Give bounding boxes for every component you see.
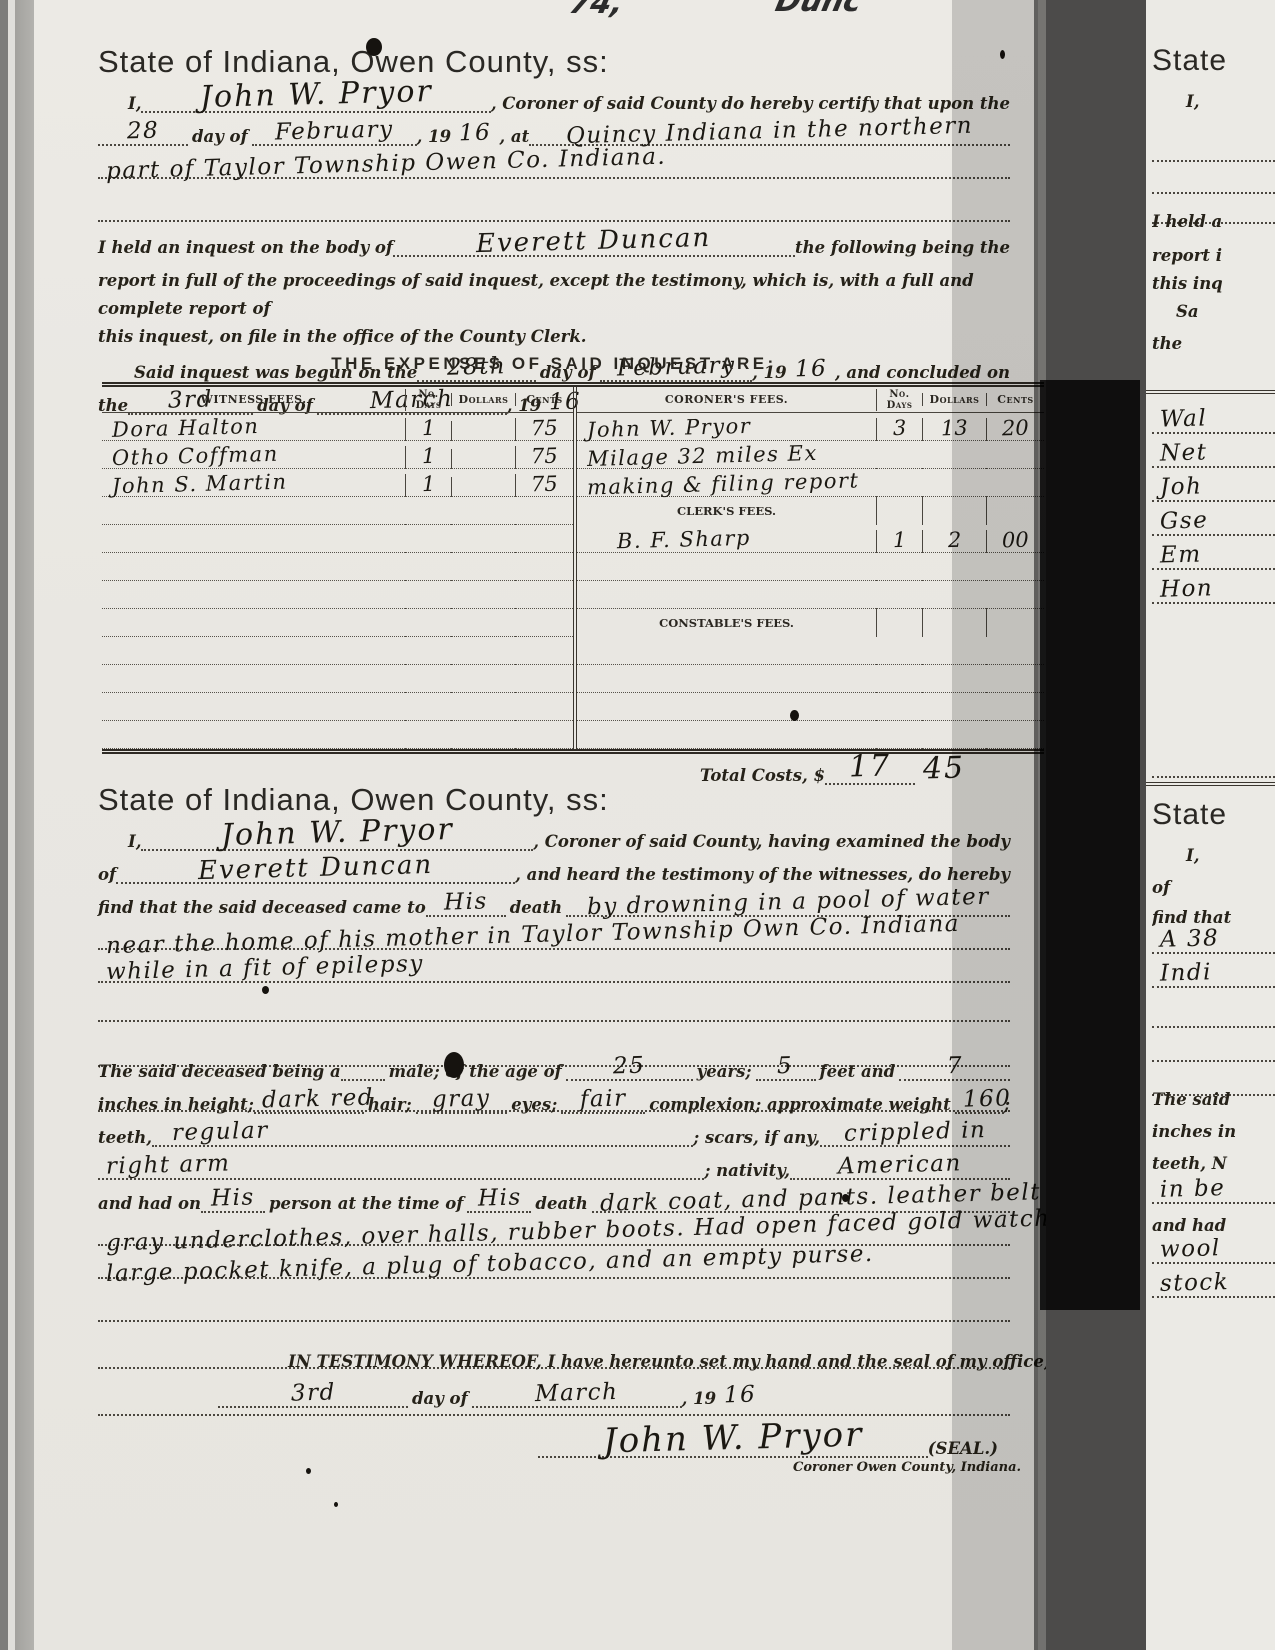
adjacent-name: Wal [1152, 408, 1216, 433]
witness-header-row: WITNESS FEES. No. Days Dollars Cents [102, 387, 573, 413]
table-row [577, 553, 1044, 581]
ink-blot [444, 1052, 464, 1078]
ink-blot [842, 1194, 849, 1202]
scanner-edge-light [8, 0, 15, 1650]
complexion-label: complexion; approximate weight [645, 1095, 954, 1114]
table-row [102, 721, 573, 749]
coroner-signature: John W. Pryor [594, 1417, 871, 1459]
table-row: making & filing report [577, 469, 1044, 497]
adjacent-i-2: I, [1152, 846, 1275, 865]
year-entry: 16 [451, 121, 500, 146]
ink-blot [262, 986, 269, 994]
adjacent-find: find that [1152, 908, 1275, 927]
scars-entry-1: crippled in [836, 1119, 995, 1147]
coroner-header-row: CORONER'S FEES. No. Days Dollars Cents [577, 387, 1044, 413]
adjacent-i: I, [1152, 92, 1275, 111]
of-label: of [98, 865, 116, 884]
adjacent-the: the [1152, 334, 1275, 353]
scanner-edge-dark [0, 0, 8, 1650]
witness-fees-table: WITNESS FEES. No. Days Dollars Cents Dor… [102, 387, 573, 749]
testimony-day-of-label: day of [408, 1389, 472, 1408]
adjacent-heading-2: State [1152, 798, 1275, 832]
adjacent-report: report i [1152, 246, 1275, 265]
adjacent-of: of [1152, 878, 1275, 897]
find-label: find that the said deceased came to [98, 898, 426, 917]
coroner-name-entry: John W. Pryor [191, 77, 441, 115]
witness-name: Otho Coffman [102, 444, 283, 471]
adjacent-rule-2 [1146, 782, 1275, 786]
adjacent-name: Em [1152, 544, 1210, 569]
scanner-edge-mid [15, 0, 34, 1650]
coroner-title-line: Coroner Owen County, Indiana. [98, 1460, 1010, 1475]
coroner-name: John W. Pryor [577, 416, 756, 443]
whereof-line: IN TESTIMONY WHEREOF, I have hereunto se… [98, 1352, 1010, 1371]
adjacent-entry: stock [1152, 1272, 1238, 1297]
table-row [577, 581, 1044, 609]
coroner-certificate-page: 74, Dunc State of Indiana, Owen County, … [34, 0, 1046, 1650]
table-row [102, 609, 573, 637]
death-label-2: death [531, 1194, 591, 1213]
adjacent-name: Net [1152, 442, 1216, 467]
testimony-day-entry: 3rd [282, 1381, 343, 1407]
i-label: I, [98, 94, 141, 113]
ink-blot [334, 1502, 338, 1507]
table-row: B. F. Sharp 1 2 00 [577, 525, 1044, 553]
being-label: The said deceased being a [98, 1062, 341, 1081]
testimony-block: IN TESTIMONY WHEREOF, I have hereunto se… [98, 1352, 1010, 1475]
adjacent-entry: Indi [1152, 962, 1220, 987]
adjacent-held: I held a [1152, 212, 1275, 231]
total-costs-label: Total Costs, $ [700, 766, 825, 785]
coroner-col-days: No. Days [876, 389, 922, 411]
adjacent-inquest: this inq [1152, 274, 1275, 293]
clerks-fees-header: CLERK'S FEES. [577, 504, 876, 518]
table-row [102, 553, 573, 581]
adjacent-said: Sa [1152, 302, 1275, 321]
scars-label: ; scars, if any, [693, 1128, 820, 1147]
witness-col-cents: Cents [515, 393, 573, 406]
person-label: person at the time of [265, 1194, 467, 1213]
adjacent-name: Hon [1152, 578, 1222, 603]
adjacent-name: Joh [1152, 476, 1211, 501]
witness-col-dollars: Dollars [451, 393, 515, 406]
cause-entry-3: while in a fit of epilepsy [98, 953, 432, 986]
adjacent-page-fragment: State I, I held a report i this inq Sa t… [1146, 0, 1275, 1650]
witness-fees-header: WITNESS FEES. [102, 393, 405, 406]
male-label: male; of the age of [385, 1062, 566, 1081]
coroner-col-cents: Cents [986, 393, 1044, 406]
mileage-entry: Milage 32 miles Ex [577, 443, 822, 471]
section2-heading: State of Indiana, Owen County, ss: [98, 782, 609, 818]
table-row [102, 665, 573, 693]
height-label: inches in height; [98, 1095, 254, 1114]
adjacent-said-2: The said [1152, 1090, 1275, 1109]
coroner-name-entry-2: John W. Pryor [213, 815, 463, 853]
table-row [577, 721, 1044, 749]
day-entry: 28 [119, 119, 168, 144]
table-row [102, 525, 573, 553]
adjacent-inches: inches in [1152, 1122, 1275, 1141]
filing-entry: making & filing report [577, 470, 864, 499]
document-scan: 74, Dunc State of Indiana, Owen County, … [0, 0, 1275, 1650]
table-row: John W. Pryor 3 13 20 [577, 413, 1044, 441]
surname-annotation: Dunc [776, 0, 861, 19]
table-row: Otho Coffman 1 75 [102, 441, 573, 469]
year-printed: , 19 [417, 127, 451, 146]
inquest-body-label: I held an inquest on the body of [98, 238, 393, 257]
had-on-label: and had on [98, 1194, 201, 1213]
deceased-name-entry: Everett Duncan [468, 225, 720, 259]
expenses-table: WITNESS FEES. No. Days Dollars Cents Dor… [102, 382, 1044, 754]
table-row [577, 637, 1044, 665]
table-row: Dora Halton 1 75 [102, 413, 573, 441]
age-entry: 25 [605, 1054, 654, 1079]
adjacent-entry: in be [1152, 1178, 1234, 1203]
teeth-label: teeth, [98, 1128, 152, 1147]
nativity-entry: American [830, 1152, 970, 1180]
his-entry-2: His [469, 1186, 529, 1212]
i-label-2: I, [98, 832, 141, 851]
testimony-text: , and heard the testimony of the witness… [515, 865, 1010, 884]
constables-fees-row: CONSTABLE'S FEES. [577, 609, 1044, 637]
ink-blot [1000, 50, 1005, 59]
ink-blot [366, 38, 382, 56]
his-entry-1: His [203, 1186, 263, 1212]
coroner-fees-header: CORONER'S FEES. [577, 393, 876, 406]
adjacent-andhad: and had [1152, 1216, 1275, 1235]
section1-heading: State of Indiana, Owen County, ss: [98, 44, 609, 80]
table-row [577, 665, 1044, 693]
testimony-year-entry: 16 [716, 1383, 765, 1408]
adjacent-name: Gse [1152, 510, 1217, 535]
testimony-year-printed: , 19 [682, 1389, 716, 1408]
certify-text: , Coroner of said County do hereby certi… [491, 94, 1010, 113]
clerks-fees-row: CLERK'S FEES. [577, 497, 1044, 525]
feet-entry: 5 [769, 1055, 802, 1080]
hair-entry: dark red [254, 1086, 383, 1113]
adjacent-entry: A 38 [1152, 928, 1227, 953]
death-label: death [506, 898, 566, 917]
cause-entry-2: near the home of his mother in Taylor To… [98, 913, 968, 960]
table-row [102, 581, 573, 609]
gutter-noise [1034, 0, 1146, 1650]
nativity-label: ; nativity, [704, 1161, 790, 1180]
weight-entry: 160 [954, 1087, 1019, 1113]
deceased-name-entry-2: Everett Duncan [190, 852, 442, 886]
month-entry: February [267, 118, 402, 146]
eyes-label: eyes; [507, 1095, 561, 1114]
inches-entry: 7 [938, 1055, 971, 1080]
adjacent-heading: State [1152, 44, 1275, 78]
expenses-heading: THE EXPENSES OF SAID INQUEST ARE: [98, 354, 1010, 374]
at-label: , at [499, 127, 529, 146]
table-row: Milage 32 miles Ex [577, 441, 1044, 469]
his-entry: His [436, 890, 496, 916]
eyes-entry: gray [424, 1087, 499, 1113]
table-row: John S. Martin 1 75 [102, 469, 573, 497]
file-line: this inquest, on file in the office of t… [98, 323, 1010, 351]
constables-fees-header: CONSTABLE'S FEES. [577, 616, 876, 630]
witness-name: John S. Martin [102, 472, 292, 499]
total-dollars-entry: 17 [841, 751, 900, 784]
witness-col-days: No. Days [405, 389, 451, 411]
examined-text: , Coroner of said County, having examine… [533, 832, 1010, 851]
page-number-annotation: 74, [570, 0, 623, 21]
day-of-label: day of [188, 127, 252, 146]
feet-label: feet and [816, 1062, 900, 1081]
clerk-name: B. F. Sharp [577, 528, 755, 555]
testimony-month-entry: March [527, 1381, 627, 1408]
report-line: report in full of the proceedings of sai… [98, 267, 1010, 323]
scars-entry-2: right arm [98, 1152, 239, 1180]
witness-name: Dora Halton [102, 416, 264, 442]
adjacent-entry: wool [1152, 1238, 1229, 1263]
gutter-noise-core [1040, 380, 1140, 1310]
ink-blot [790, 710, 799, 721]
coroner-fees-table: CORONER'S FEES. No. Days Dollars Cents J… [573, 387, 1044, 749]
table-row [577, 693, 1044, 721]
table-row [102, 637, 573, 665]
total-costs: Total Costs, $ 17 45 [700, 756, 1000, 785]
following-label: the following being the [795, 238, 1010, 257]
page-number-text: 74, [566, 0, 627, 21]
coroner-col-dollars: Dollars [922, 393, 986, 406]
adjacent-rule [1146, 390, 1275, 394]
adjacent-teeth: teeth, N [1152, 1154, 1275, 1173]
place-entry-line2: part of Taylor Township Owen Co. Indiana… [98, 145, 675, 184]
total-cents-entry: 45 [915, 753, 974, 786]
complexion-entry: fair [572, 1087, 635, 1113]
teeth-entry: regular [152, 1119, 277, 1146]
seal-label: (SEAL.) [928, 1439, 998, 1458]
ink-blot [306, 1468, 311, 1474]
years-label: years; [693, 1062, 756, 1081]
surname-text: Dunc [772, 0, 865, 19]
table-row [102, 693, 573, 721]
table-row [102, 497, 573, 525]
